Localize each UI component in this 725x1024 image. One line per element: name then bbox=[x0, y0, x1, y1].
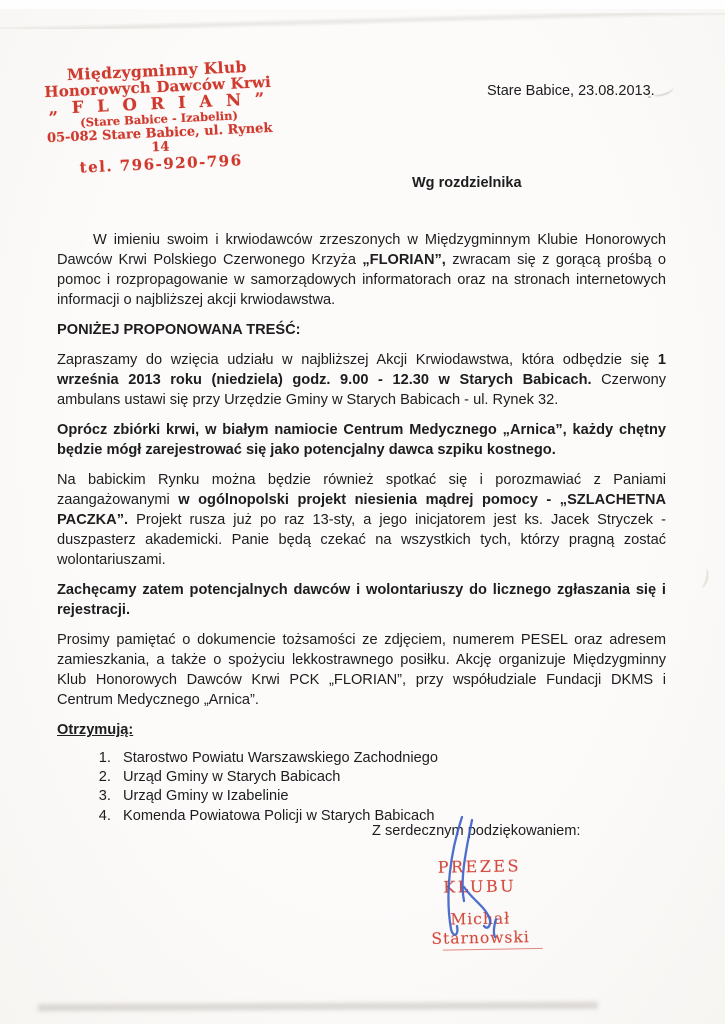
recipients-heading: Otrzymują: bbox=[57, 720, 666, 740]
recipient-item: Urząd Gminy w Izabelinie bbox=[115, 787, 666, 806]
letter-body: W imieniu swoim i krwiodawców zrzeszonyc… bbox=[57, 230, 666, 826]
scanned-letter-page: Międzygminny Klub Honorowych Dawców Krwi… bbox=[0, 0, 725, 1024]
pencil-dot bbox=[648, 96, 651, 98]
paragraph-bone-marrow: Oprócz zbiórki krwi, w białym namiocie C… bbox=[57, 420, 666, 460]
invitation-text-1: Zapraszamy do wzięcia udziału w najbliżs… bbox=[57, 352, 658, 368]
pencil-mark bbox=[651, 83, 675, 98]
president-stamp: PREZES KLUBU Michał Starnowski bbox=[403, 856, 557, 952]
recipients-list: Starostwo Powiatu Warszawskiego Zachodni… bbox=[115, 749, 666, 826]
club-address-stamp: Międzygminny Klub Honorowych Dawców Krwi… bbox=[34, 56, 285, 178]
intro-florian-bold: „FLORIAN”, bbox=[362, 252, 446, 268]
scan-smudge-right bbox=[696, 567, 711, 589]
paragraph-intro: W imieniu swoim i krwiodawców zrzeszonyc… bbox=[57, 230, 666, 310]
recipient-item: Urząd Gminy w Starych Babicach bbox=[115, 768, 666, 787]
paragraph-encouragement: Zachęcamy zatem potencjalnych dawców i w… bbox=[57, 580, 666, 620]
paczka-text-2: Projekt rusza już po raz 13-sty, a jego … bbox=[57, 512, 666, 568]
president-name: Michał Starnowski bbox=[404, 909, 557, 950]
paragraph-szlachetna-paczka: Na babickim Rynku można będzie również s… bbox=[57, 470, 666, 570]
paragraph-documents: Prosimy pamiętać o dokumencie tożsamości… bbox=[57, 630, 666, 710]
scan-edge-top bbox=[0, 0, 725, 9]
paragraph-invitation: Zapraszamy do wzięcia udziału w najbliżs… bbox=[57, 350, 666, 410]
scan-shadow-bottom bbox=[38, 1002, 598, 1011]
distribution-note: Wg rozdzielnika bbox=[412, 175, 522, 191]
president-title: PREZES KLUBU bbox=[403, 856, 556, 899]
closing-thanks: Z serdecznym podziękowaniem: bbox=[372, 823, 580, 839]
section-heading: PONIŻEJ PROPONOWANA TREŚĆ: bbox=[57, 320, 666, 340]
recipient-item: Starostwo Powiatu Warszawskiego Zachodni… bbox=[115, 749, 666, 768]
scan-shadow-line bbox=[0, 13, 725, 29]
date-line: Stare Babice, 23.08.2013. bbox=[487, 83, 655, 99]
